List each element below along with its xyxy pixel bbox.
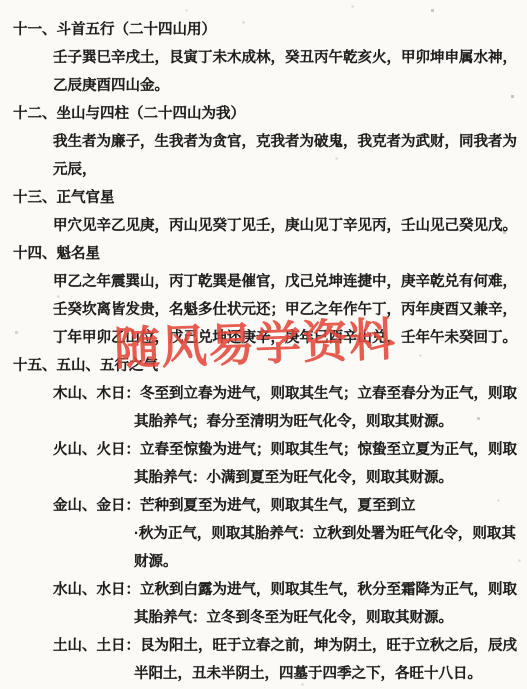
text-line: ·秋为正气，则取其胎养气：立秋到处署为旺气化令，则取其	[0, 520, 527, 548]
text-line: 金山、金日：芒种到夏至为进气，则取其生气，夏至到立	[0, 492, 527, 520]
text-line: 甲乙之年震巽山，丙丁乾巽是催官，戊己兑坤连捷中，庚辛乾兑有何难，	[0, 268, 527, 296]
text-line: 其胎养气；春分至清明为旺气化令，则取其财源。	[0, 408, 527, 436]
text-line: 财源。	[0, 548, 527, 576]
text-line: 水山、水日：立秋到白露为进气，则取其生气，秋分至霜降为正气，则取	[0, 576, 527, 604]
text-line: 壬子巽巳辛戌土，艮寅丁未木成林，癸丑丙午乾亥火，甲卯坤申属水神，	[0, 44, 527, 72]
document-page: 十一、斗首五行（二十四山用）壬子巽巳辛戌土，艮寅丁未木成林，癸丑丙午乾亥火，甲卯…	[0, 0, 527, 689]
text-line: 十三、正气官星	[0, 184, 527, 212]
text-line: 其胎养气：小满到夏至为旺气化令，则取其财源。	[0, 464, 527, 492]
text-line: 十一、斗首五行（二十四山用）	[0, 16, 527, 44]
scan-speckles	[0, 0, 1, 1]
text-line: 火山、火日：立春至惊蛰为进气；则取其生气；惊蛰至立夏为正气，则取	[0, 436, 527, 464]
text-line: 甲穴见辛乙见庚，丙山见癸丁见壬，庚山见丁辛见丙，壬山见己癸见戊。	[0, 212, 527, 240]
text-line: 半阳土，丑未半阴土，四墓于四季之下，各旺十八日。	[0, 660, 527, 688]
watermark: 随风易学资料	[113, 303, 397, 379]
text-line: 元辰，	[0, 156, 527, 184]
text-line: 十四、魁名星	[0, 240, 527, 268]
text-line: 木山、木日：冬至到立春为进气，则取其生气；立春至春分为正气，则取	[0, 380, 527, 408]
text-line: 土山、土日：艮为阳土，旺于立春之前，坤为阴土，旺于立秋之后，辰戌	[0, 632, 527, 660]
text-line: 十二、坐山与四柱（二十四山为我）	[0, 100, 527, 128]
text-line: 我生者为廉子，生我者为贪官，克我者为破鬼，我克者为武财，同我者为	[0, 128, 527, 156]
text-line: 乙辰庚酉四山金。	[0, 72, 527, 100]
text-line: 其胎养气：立冬到冬至为旺气化令，则取其财源。	[0, 604, 527, 632]
